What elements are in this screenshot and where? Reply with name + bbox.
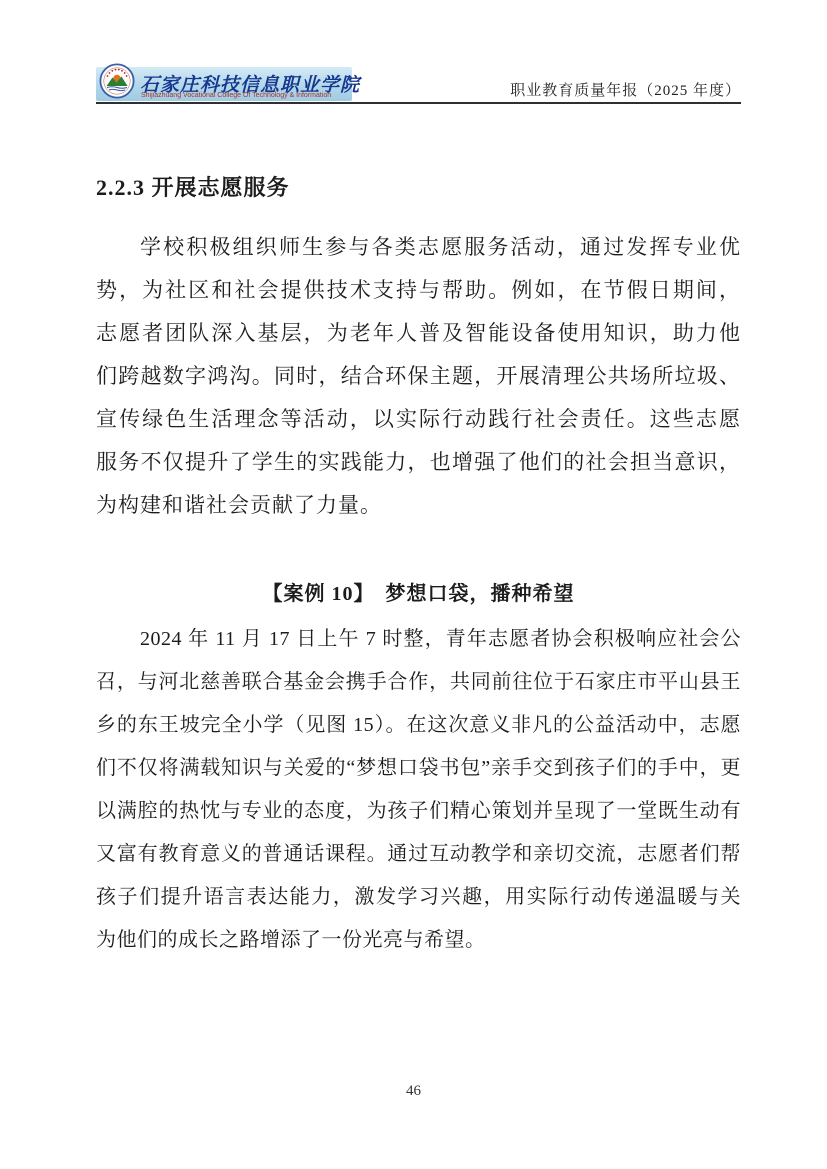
paragraph-line: 2024 年 11 月 17 日上午 7 时整，青年志愿者协会积极响应社会公益号 — [96, 618, 741, 661]
paragraph-line: 服务不仅提升了学生的实践能力，也增强了他们的社会担当意识， — [96, 441, 741, 484]
report-title: 职业教育质量年报（2025 年度） — [510, 79, 741, 100]
paragraph-line: 们跨越数字鸿沟。同时，结合环保主题，开展清理公共场所垃圾、 — [96, 355, 741, 398]
paragraph-line: 以满腔的热忱与专业的态度，为孩子们精心策划并呈现了一堂既生动有趣 — [96, 790, 741, 833]
paragraph-line: 召，与河北慈善联合基金会携手合作，共同前往位于石家庄市平山县王坡 — [96, 661, 741, 704]
paragraph-line: 又富有教育意义的普通话课程。通过互动教学和亲切交流，志愿者们帮助 — [96, 833, 741, 876]
college-name-en: Shijiazhuang Vocational College Of Techn… — [141, 92, 331, 99]
paragraph-line: 宣传绿色生活理念等活动，以实际行动践行社会责任。这些志愿 — [96, 398, 741, 441]
paragraph-line: 们不仅将满载知识与关爱的“梦想口袋书包”亲手交到孩子们的手中，更 — [96, 747, 741, 790]
paragraph-line: 学校积极组织师生参与各类志愿服务活动，通过发挥专业优 — [96, 226, 741, 269]
header-divider — [96, 102, 741, 104]
paragraph-line: 为他们的成长之路增添了一份光亮与希望。 — [96, 919, 741, 962]
paragraph-line: 势，为社区和社会提供技术支持与帮助。例如，在节假日期间， — [96, 269, 741, 312]
paragraph-case-story: 2024 年 11 月 17 日上午 7 时整，青年志愿者协会积极响应社会公益号… — [96, 618, 741, 962]
paragraph-line: 志愿者团队深入基层，为老年人普及智能设备使用知识，助力他 — [96, 312, 741, 355]
paragraph-line: 为构建和谐社会贡献了力量。 — [96, 484, 741, 527]
paragraph-line: 孩子们提升语言表达能力，激发学习兴趣，用实际行动传递温暖与关怀， — [96, 876, 741, 919]
college-emblem-icon — [99, 63, 135, 99]
paragraph-line: 乡的东王坡完全小学（见图 15）。在这次意义非凡的公益活动中，志愿者 — [96, 704, 741, 747]
paragraph-volunteer-service: 学校积极组织师生参与各类志愿服务活动，通过发挥专业优 势，为社区和社会提供技术支… — [96, 226, 741, 527]
document-page: 石家庄科技信息职业学院 Shijiazhuang Vocational Coll… — [0, 0, 827, 1169]
college-logo: 石家庄科技信息职业学院 Shijiazhuang Vocational Coll… — [96, 67, 352, 101]
page-number: 46 — [0, 1083, 827, 1100]
section-heading: 2.2.3 开展志愿服务 — [96, 171, 290, 202]
case-heading: 【案例 10】 梦想口袋，播种希望 — [96, 577, 741, 606]
